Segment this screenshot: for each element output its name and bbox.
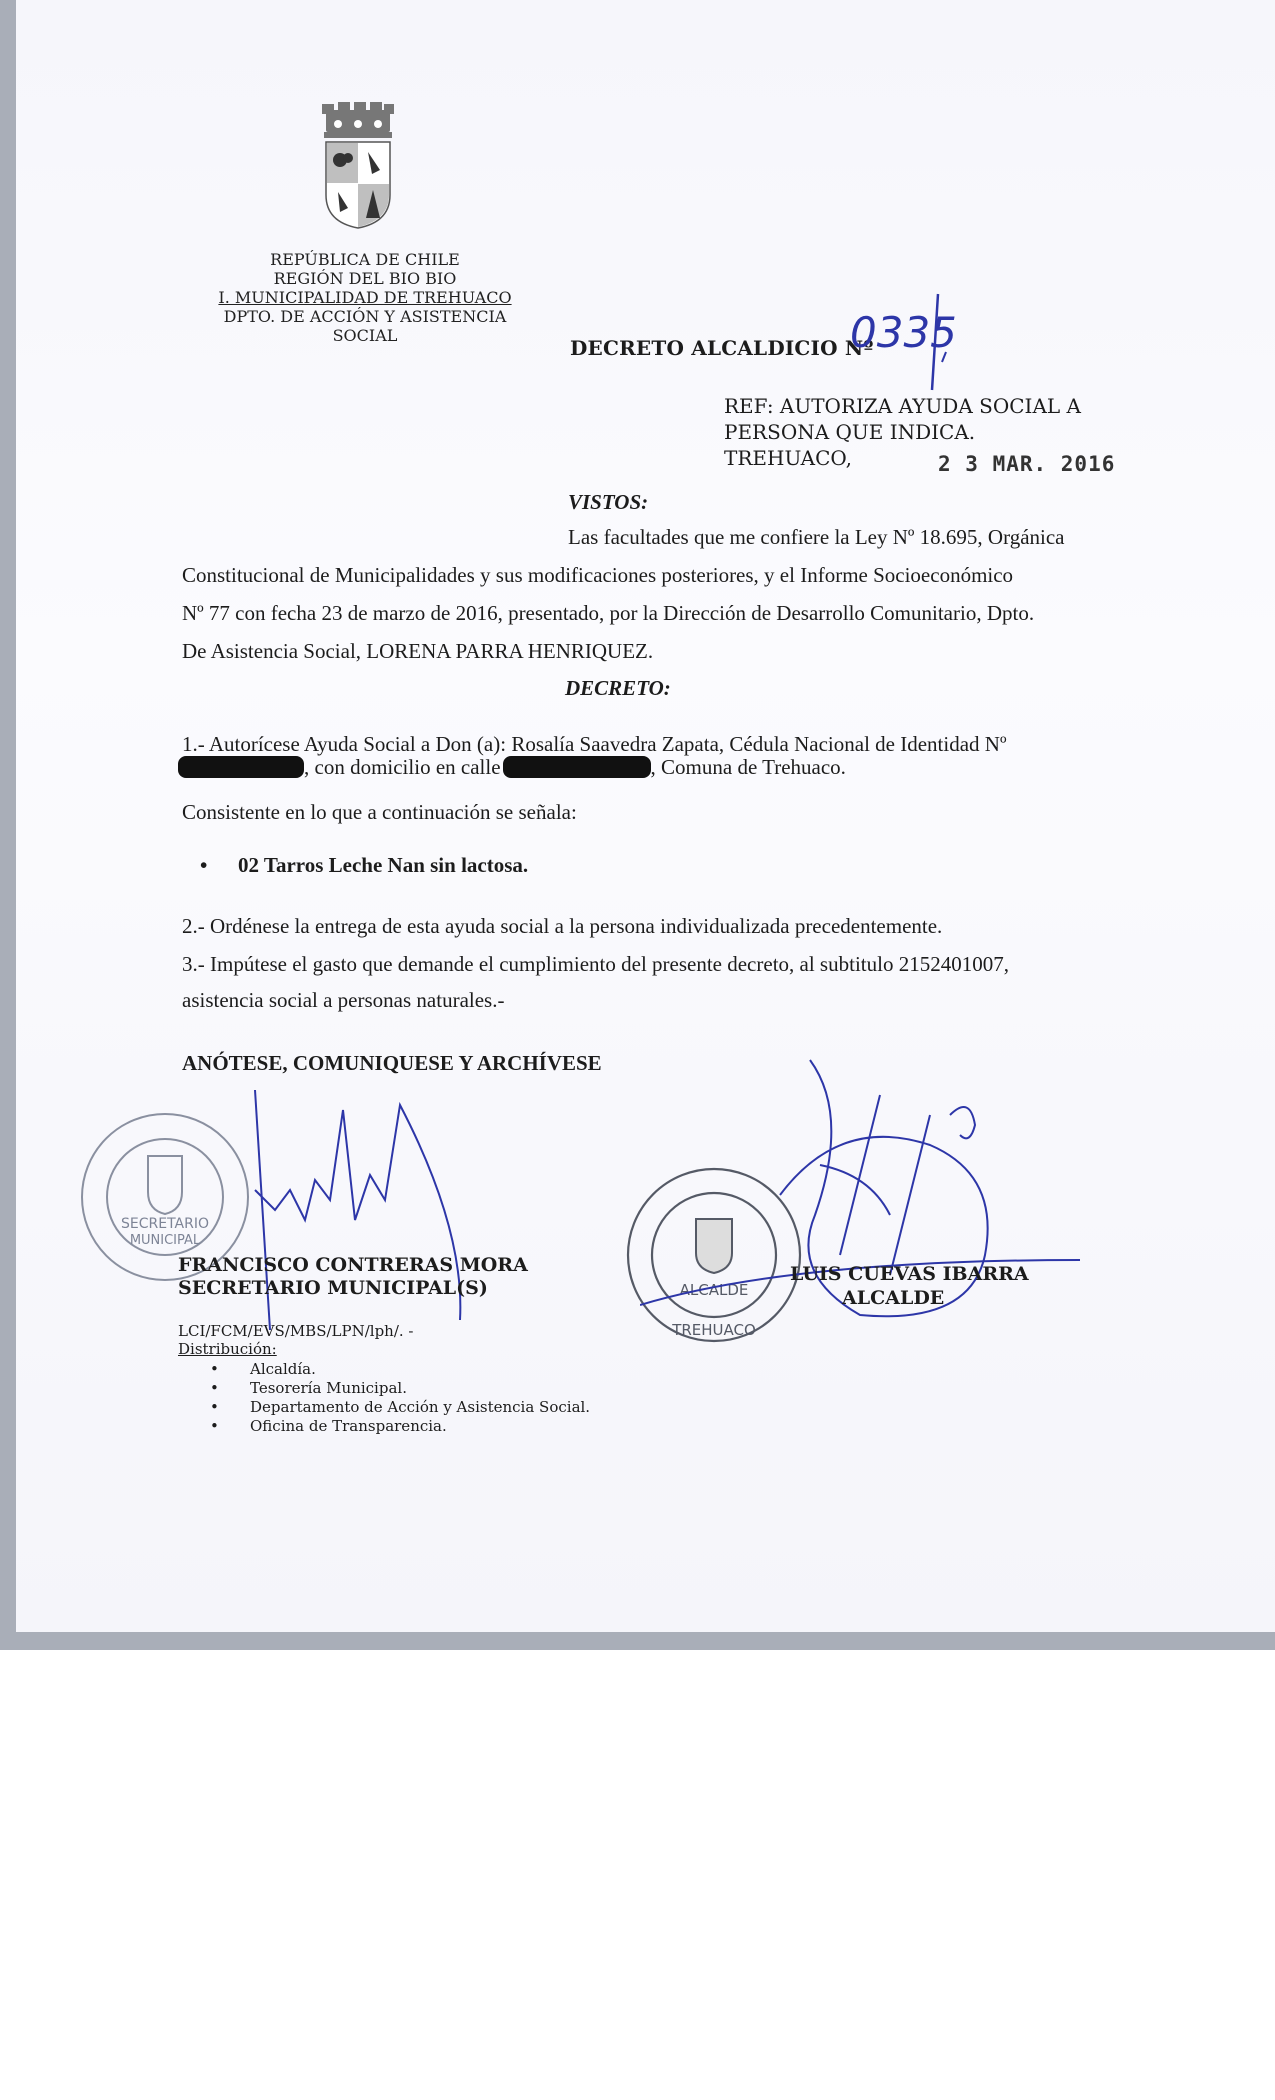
vistos-heading: VISTOS: <box>568 490 648 515</box>
secretary-title: SECRETARIO MUNICIPAL(S) <box>178 1276 488 1300</box>
item-3-line-2: asistencia social a personas naturales.- <box>182 981 504 1020</box>
secretary-name: FRANCISCO CONTRERAS MORA <box>178 1253 528 1277</box>
consistente-line: Consistente en lo que a continuación se … <box>182 793 577 832</box>
coat-of-arms-icon <box>308 100 408 230</box>
date-stamp: 2 3 MAR. 2016 <box>938 452 1115 476</box>
bullet-icon: • <box>200 846 228 885</box>
mayor-title: ALCALDE <box>842 1286 944 1310</box>
item-3-line-1: 3.- Impútese el gasto que demande el cum… <box>182 945 1009 984</box>
vistos-line-1: Las facultades que me confiere la Ley Nº… <box>568 518 1065 557</box>
vistos-line-3: Nº 77 con fecha 23 de marzo de 2016, pre… <box>182 594 1034 633</box>
bullet-item: •02 Tarros Leche Nan sin lactosa. <box>200 846 528 885</box>
decree-title: DECRETO ALCALDICIO Nº <box>570 336 874 360</box>
closing-formula: ANÓTESE, COMUNIQUESE Y ARCHÍVESE <box>182 1044 602 1083</box>
ref-line-2: PERSONA QUE INDICA. <box>724 419 1081 445</box>
distribution-item: •Departamento de Acción y Asistencia Soc… <box>210 1398 590 1417</box>
mayor-name: LUIS CUEVAS IBARRA <box>790 1262 1029 1286</box>
header-country: REPÚBLICA DE CHILE <box>195 250 535 269</box>
issuer-header: REPÚBLICA DE CHILE REGIÓN DEL BIO BIO I.… <box>195 250 535 345</box>
decreto-heading: DECRETO: <box>565 676 671 701</box>
vistos-line-4: De Asistencia Social, LORENA PARRA HENRI… <box>182 632 653 671</box>
initials-line: LCI/FCM/EVS/MBS/LPN/lph/. - <box>178 1322 414 1341</box>
vistos-line-2: Constitucional de Municipalidades y sus … <box>182 556 1013 595</box>
distribution-item: •Oficina de Transparencia. <box>210 1417 590 1436</box>
redacted-id-number <box>178 756 304 778</box>
distribution-item: •Tesorería Municipal. <box>210 1379 590 1398</box>
item-1-line-2: , con domicilio en calle, Comuna de Treh… <box>178 748 846 787</box>
distribution-list: •Alcaldía. •Tesorería Municipal. •Depart… <box>210 1360 590 1436</box>
header-department: DPTO. DE ACCIÓN Y ASISTENCIA SOCIAL <box>195 307 535 345</box>
header-region: REGIÓN DEL BIO BIO <box>195 269 535 288</box>
item-1-mid: , con domicilio en calle <box>304 755 501 779</box>
item-1-end: , Comuna de Trehuaco. <box>651 755 846 779</box>
ref-line-1: REF: AUTORIZA AYUDA SOCIAL A <box>724 393 1081 419</box>
bullet-item-text: 02 Tarros Leche Nan sin lactosa. <box>238 853 528 877</box>
item-2: 2.- Ordénese la entrega de esta ayuda so… <box>182 907 942 946</box>
redacted-address <box>503 756 651 778</box>
decree-number-handwritten: 0335 <box>850 308 957 357</box>
distribution-label: Distribución: <box>178 1340 277 1359</box>
distribution-item: •Alcaldía. <box>210 1360 590 1379</box>
header-municipality: I. MUNICIPALIDAD DE TREHUACO <box>195 288 535 307</box>
